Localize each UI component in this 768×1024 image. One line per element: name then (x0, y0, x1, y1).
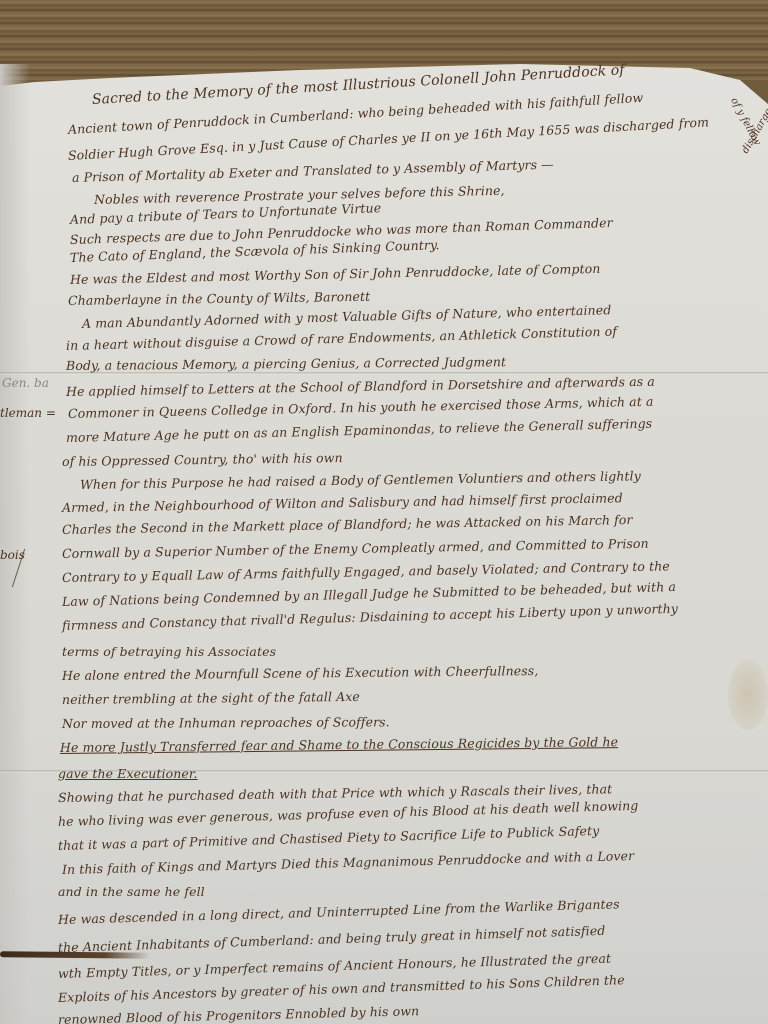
text-line: that it was a part of Primitive and Chas… (58, 823, 600, 853)
text-line: the Ancient Inhabitants of Cumberland: a… (58, 923, 606, 955)
text-line: neither trembling at the sight of the fa… (62, 689, 360, 707)
margin-note-gentleman: tleman = (0, 406, 56, 420)
text-line: terms of betraying his Associates (62, 644, 276, 659)
text-line: He was descended in a long direct, and U… (58, 896, 620, 927)
text-line: Body, a tenacious Memory, a piercing Gen… (66, 354, 506, 373)
manuscript-text: Sacred to the Memory of the most Illustr… (0, 0, 768, 1024)
text-line: renowned Blood of his Progenitors Ennobl… (58, 1003, 420, 1024)
text-line: Charles the Second in the Markett place … (62, 512, 633, 537)
text-line: a Prison of Mortality ab Exeter and Tran… (72, 157, 554, 185)
text-line: Cornwall by a Superior Number of the Ene… (62, 536, 649, 561)
margin-note-faint: Gen. ba (2, 376, 49, 390)
text-line: gave the Executioner. (58, 766, 198, 781)
text-line: Nor moved at the Inhuman reproaches of S… (62, 714, 390, 731)
text-line: In this faith of Kings and Martyrs Died … (62, 848, 634, 877)
text-line: When for this Purpose he had raised a Bo… (80, 468, 641, 492)
text-line: of his Oppressed Country, tho' with his … (62, 450, 343, 469)
text-line: Armed, in the Neighbourhood of Wilton an… (62, 490, 623, 515)
margin-note-lower: bois (0, 548, 25, 562)
text-line: He more Justly Transferred fear and Sham… (60, 734, 618, 755)
text-line: He was the Eldest and most Worthy Son of… (70, 261, 601, 287)
text-line: and in the same he fell (58, 884, 205, 899)
text-line: more Mature Age he putt on as an English… (66, 416, 653, 445)
text-line: He alone entred the Mournfull Scene of h… (62, 663, 539, 683)
text-line: Chamberlayne in the County of Wilts, Bar… (68, 289, 370, 308)
